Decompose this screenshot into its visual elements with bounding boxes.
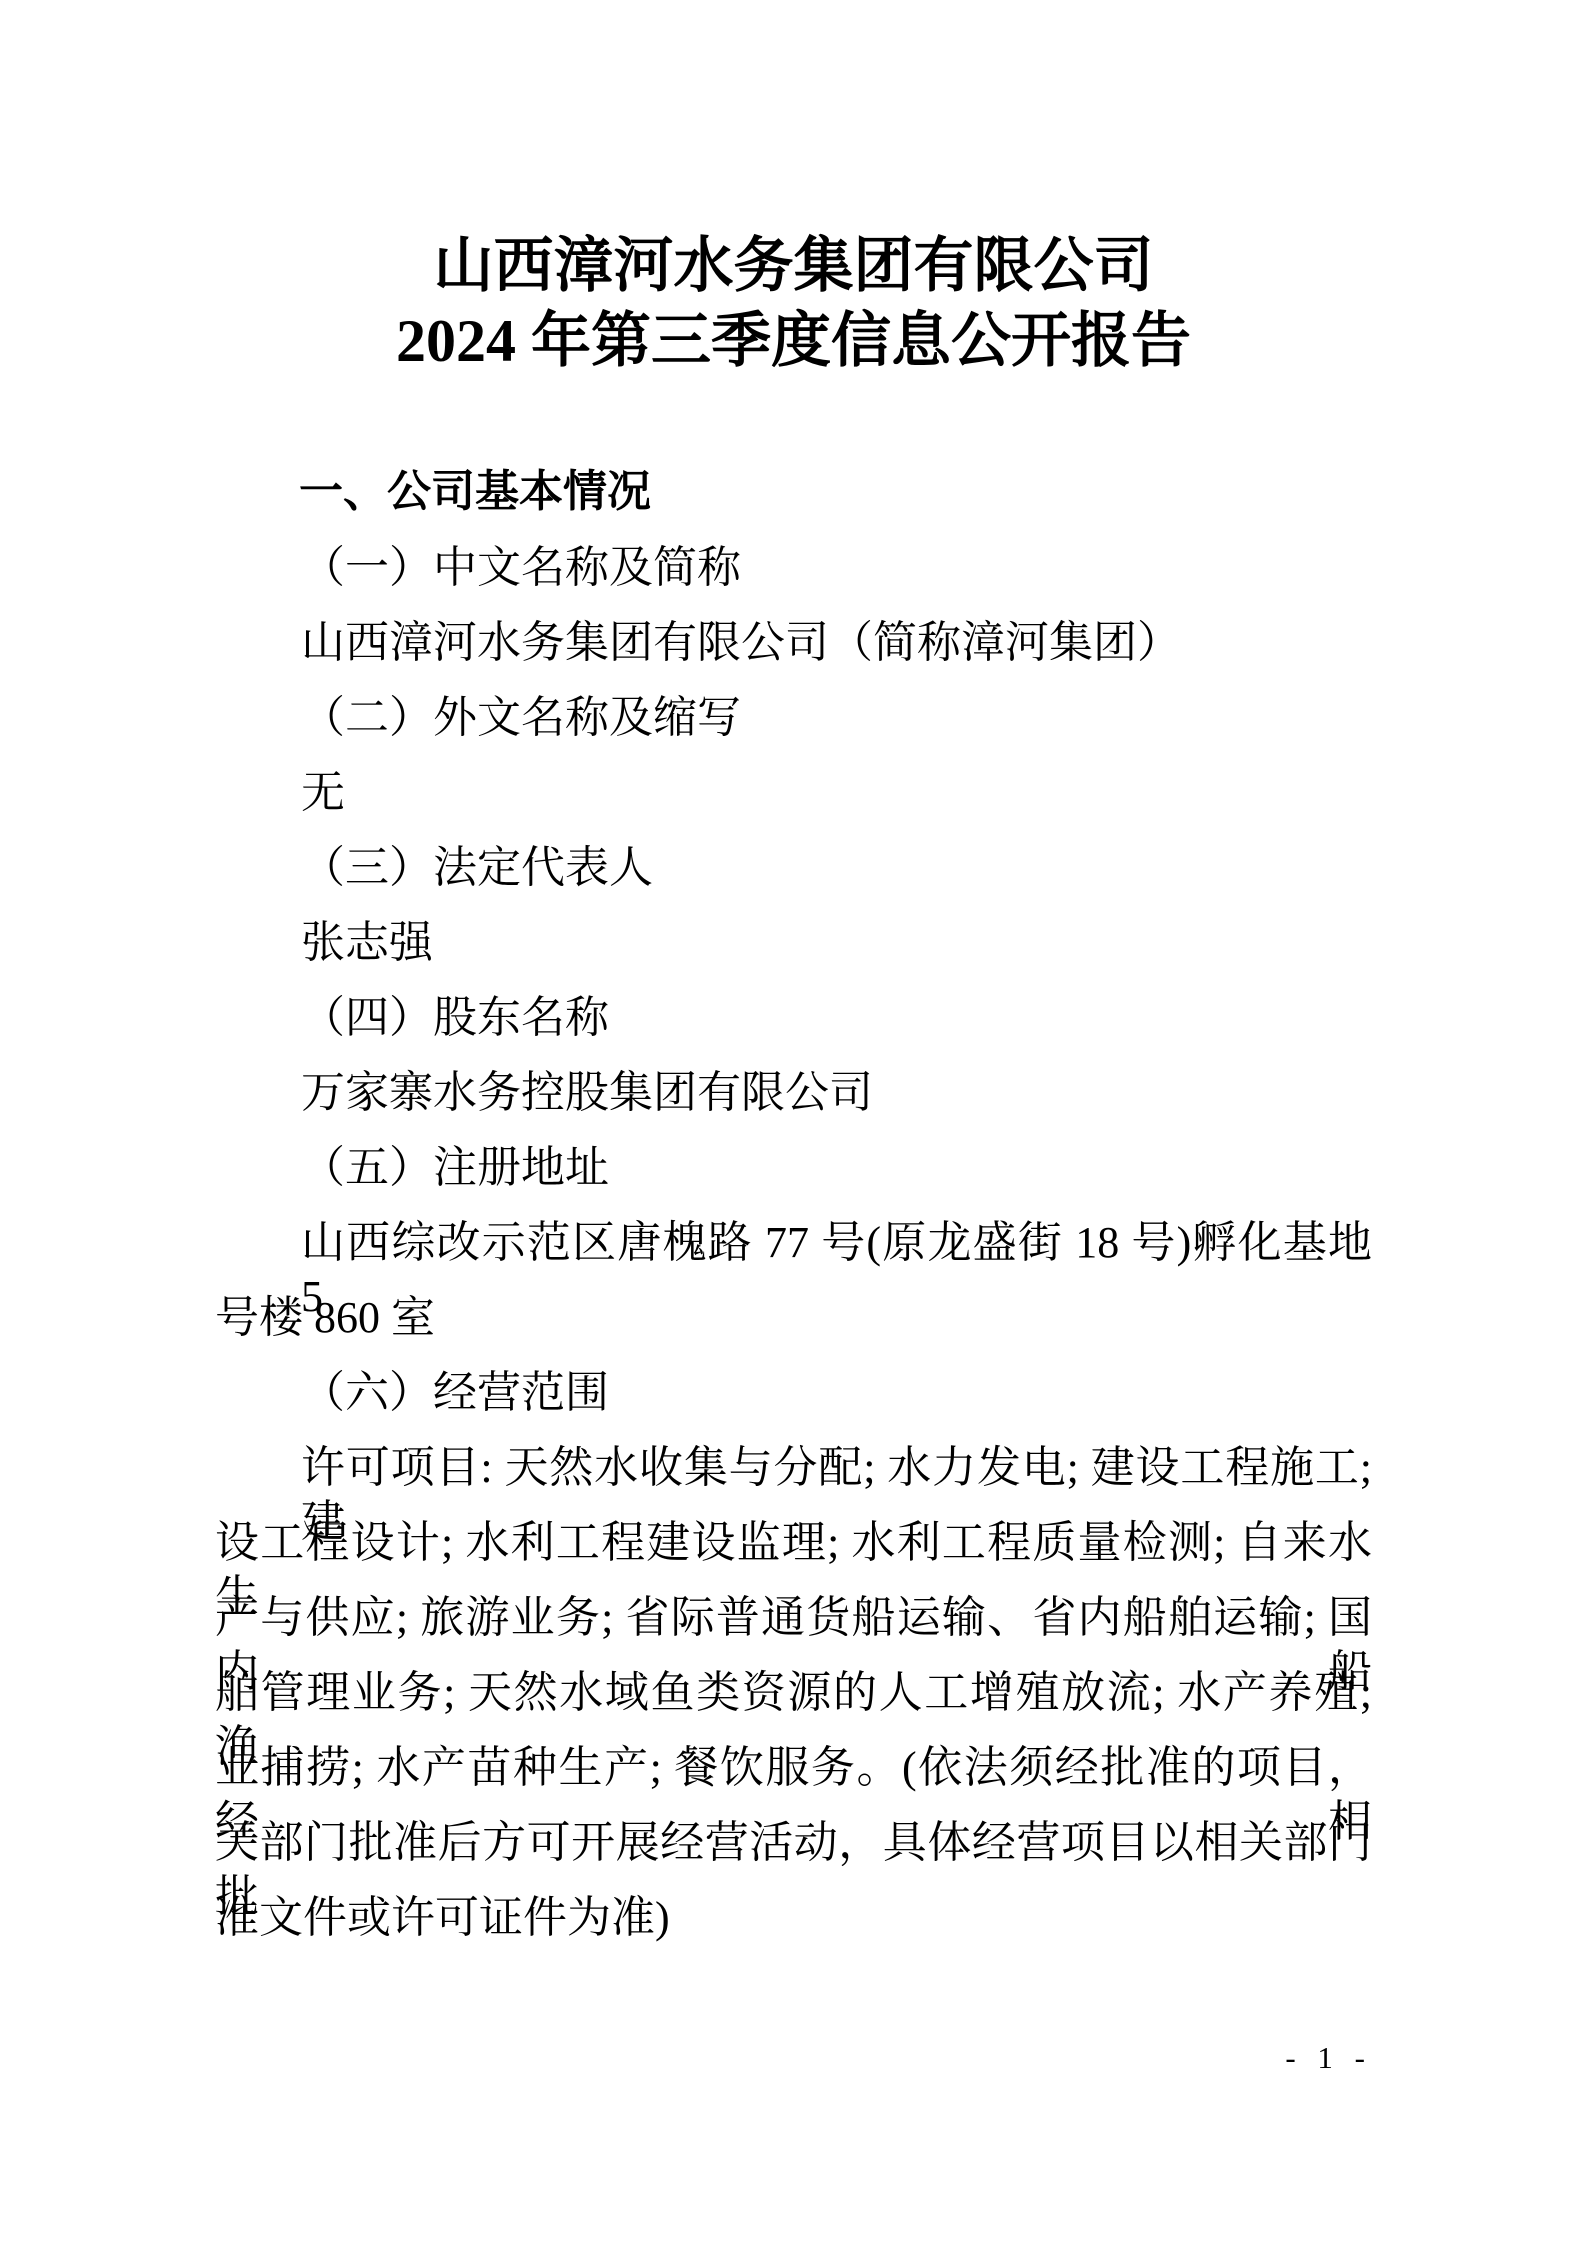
text-line: （四）股东名称	[215, 991, 1372, 1045]
text-line: 万家寨水务控股集团有限公司	[215, 1066, 1372, 1120]
text-line: （五）注册地址	[215, 1141, 1372, 1195]
text-line: （三）法定代表人	[215, 841, 1372, 895]
text-line: （一）中文名称及简称	[215, 541, 1372, 595]
page-number: - 1 -	[1285, 2040, 1372, 2076]
text-line: 山西漳河水务集团有限公司（简称漳河集团）	[215, 616, 1372, 670]
section-heading: 一、公司基本情况	[299, 466, 651, 518]
document-title-line2: 2024 年第三季度信息公开报告	[0, 308, 1587, 374]
document-title-line1: 山西漳河水务集团有限公司	[0, 233, 1587, 299]
text-line: 无	[215, 766, 1372, 820]
text-line: （六）经营范围	[215, 1366, 1372, 1420]
text-line: 准文件或许可证件为准)	[215, 1891, 1372, 1945]
document-page: 山西漳河水务集团有限公司 2024 年第三季度信息公开报告 一、公司基本情况 （…	[0, 0, 1587, 2245]
text-line: （二）外文名称及缩写	[215, 691, 1372, 745]
text-line: 号楼 860 室	[215, 1291, 1372, 1345]
text-line: 张志强	[215, 916, 1372, 970]
